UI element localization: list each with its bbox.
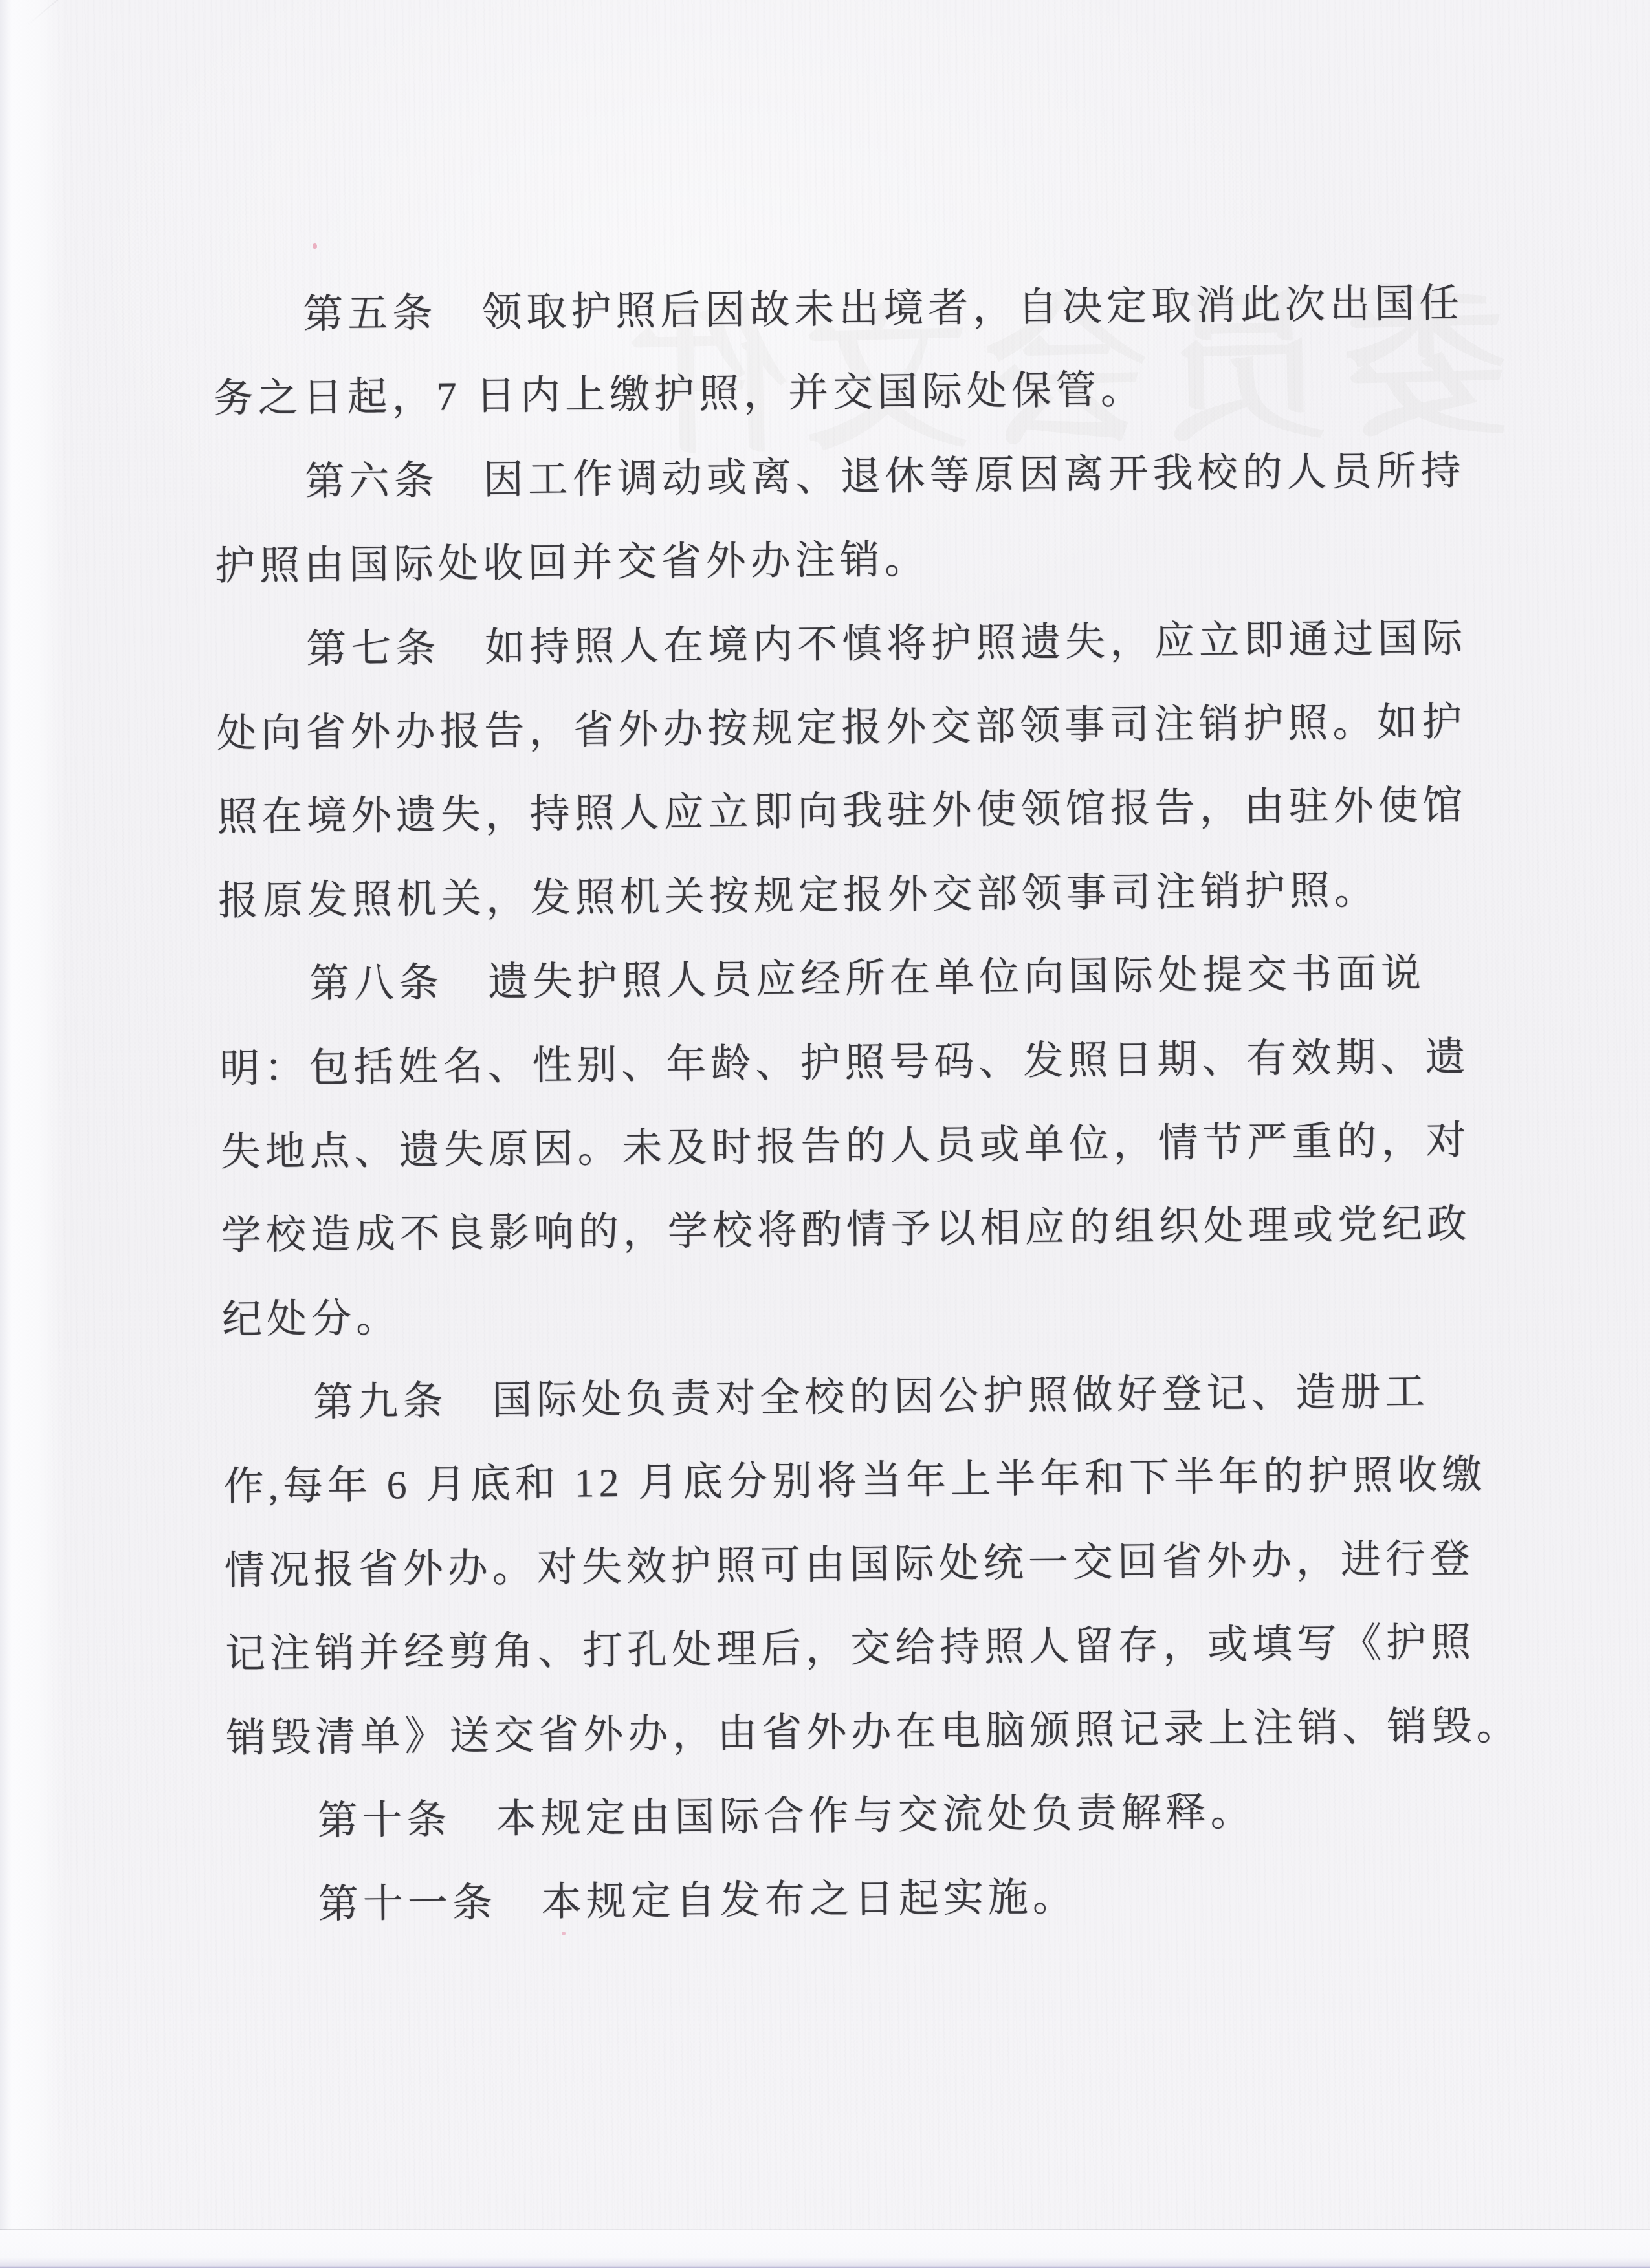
document-text-block: 第五条 领取护照后因故未出境者，自决定取消此次出国任务之日起，7 日内上缴护照，…	[212, 261, 1548, 1948]
text-line: 失地点、遗失原因。未及时报告的人员或单位，情节严重的，对	[220, 1098, 1541, 1195]
text-line: 情况报省外办。对失效护照可由国际处统一交回省外办，进行登	[224, 1517, 1545, 1613]
scan-speck	[562, 1932, 566, 1935]
scanned-page: 委员会文件 第五条 领取护照后因故未出境者，自决定取消此次出国任务之日起，7 日…	[0, 0, 1650, 2268]
text-line: 学校造成不良影响的，学校将酌情予以相应的组织处理或党纪政	[221, 1182, 1541, 1278]
text-line: 纪处分。	[222, 1266, 1543, 1362]
text-line: 第九条 国际处负责对全校的因公护照做好登记、造册工	[223, 1349, 1543, 1446]
text-line: 作,每年 6 月底和 12 月底分别将当年上半年和下半年的护照收缴	[223, 1434, 1544, 1530]
text-line: 报原发照机关，发照机关按规定报外交部领事司注销护照。	[217, 847, 1538, 944]
text-line: 销毁清单》送交省外办，由省外办在电脑颁照记录上注销、销毁。	[226, 1685, 1546, 1781]
text-line: 第十一条 本规定自发布之日起实施。	[227, 1852, 1548, 1948]
scanner-left-edge	[0, 0, 65, 2268]
text-line: 务之日起，7 日内上缴护照，并交国际处保管。	[213, 345, 1534, 442]
scanner-backing-strip	[0, 2230, 1650, 2268]
text-line: 护照由国际处收回并交省外办注销。	[214, 512, 1535, 609]
text-line: 第十条 本规定由国际合作与交流处负责解释。	[226, 1768, 1547, 1864]
text-line: 处向省外办报告，省外办按规定报外交部领事司注销护照。如护	[216, 680, 1537, 776]
text-line: 照在境外遗失，持照人应立即向我驻外使领馆报告，由驻外使馆	[217, 764, 1537, 860]
text-line: 第六条 因工作调动或离、退休等原因离开我校的人员所持	[214, 429, 1534, 525]
text-line: 记注销并经剪角、打孔处理后，交给持照人留存，或填写《护照	[225, 1600, 1545, 1697]
text-line: 第七条 如持照人在境内不慎将护照遗失，应立即通过国际	[215, 596, 1536, 693]
text-line: 第八条 遗失护照人员应经所在单位向国际处提交书面说	[219, 931, 1539, 1027]
text-line: 第五条 领取护照后因故未出境者，自决定取消此次出国任	[212, 261, 1533, 358]
scan-speck	[313, 243, 317, 249]
text-line: 明：包括姓名、性别、年龄、护照号码、发照日期、有效期、遗	[219, 1015, 1540, 1111]
